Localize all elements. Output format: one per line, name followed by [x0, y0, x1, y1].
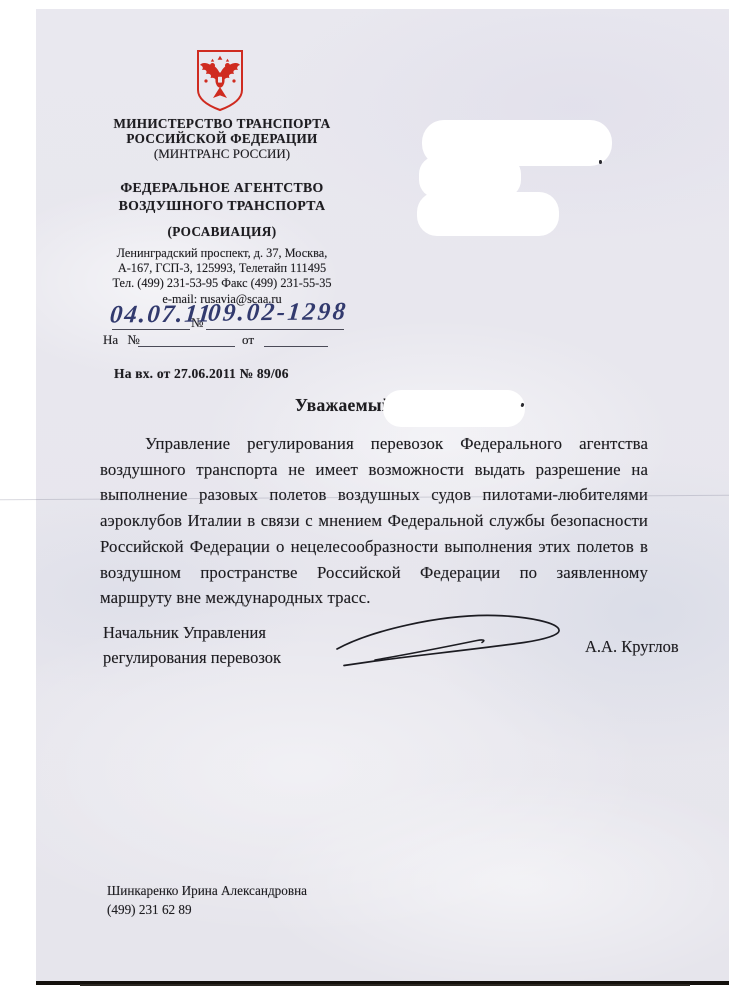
handwritten-date: 04.07.11: [109, 300, 214, 329]
letter-body: Управление регулирования перевозок Федер…: [100, 431, 648, 611]
agency-short-name: (РОСАВИАЦИЯ): [100, 224, 344, 240]
scan-speck: [599, 160, 602, 164]
redaction-addressee-3: [417, 192, 559, 236]
address-line2: А-167, ГСП-3, 125993, Телетайп 111495: [100, 261, 344, 276]
scanned-letter: МИНИСТЕРСТВО ТРАНСПОРТА РОССИЙСКОЙ ФЕДЕР…: [0, 0, 729, 1000]
russian-coat-of-arms-icon: [193, 48, 247, 114]
ot-blank-line: [264, 346, 328, 347]
incoming-reference: На вх. от 27.06.2011 № 89/06: [114, 366, 289, 382]
signer-title-line1: Начальник Управления: [103, 620, 281, 645]
agency-name: ФЕДЕРАЛЬНОЕ АГЕНТСТВО ВОЗДУШНОГО ТРАНСПО…: [100, 179, 344, 214]
agency-line2: ВОЗДУШНОГО ТРАНСПОРТА: [100, 197, 344, 215]
na-no-label: На №: [103, 332, 140, 348]
address-line1: Ленинградский проспект, д. 37, Москва,: [100, 246, 344, 261]
ministry-short-name: (МИНТРАНС РОССИИ): [100, 146, 344, 162]
number-blank-line: [206, 329, 344, 330]
ministry-line2: РОССИЙСКОЙ ФЕДЕРАЦИИ: [100, 132, 344, 147]
executor-name: Шинкаренко Ирина Александровна: [107, 882, 307, 901]
scan-bottom-edge-shadow: [80, 984, 690, 986]
agency-line1: ФЕДЕРАЛЬНОЕ АГЕНТСТВО: [100, 179, 344, 197]
handwritten-outgoing-number: 09.02-1298: [207, 298, 349, 327]
na-no-blank-line: [138, 346, 235, 347]
executor-phone: (499) 231 62 89: [107, 901, 307, 920]
ot-label: от: [242, 332, 254, 348]
salutation: Уважаемый: [295, 395, 392, 416]
signer-title: Начальник Управления регулирования перев…: [103, 620, 281, 670]
signature-scribble: [330, 603, 580, 678]
signer-name: А.А. Круглов: [585, 637, 679, 657]
ministry-line1: МИНИСТЕРСТВО ТРАНСПОРТА: [100, 117, 344, 132]
ministry-name: МИНИСТЕРСТВО ТРАНСПОРТА РОССИЙСКОЙ ФЕДЕР…: [100, 117, 344, 146]
signer-title-line2: регулирования перевозок: [103, 645, 281, 670]
agency-address: Ленинградский проспект, д. 37, Москва, А…: [100, 246, 344, 307]
address-line3: Тел. (499) 231-53-95 Факс (499) 231-55-3…: [100, 276, 344, 291]
redaction-salutation-name: [383, 390, 525, 427]
executor-contact: Шинкаренко Ирина Александровна (499) 231…: [107, 882, 307, 919]
